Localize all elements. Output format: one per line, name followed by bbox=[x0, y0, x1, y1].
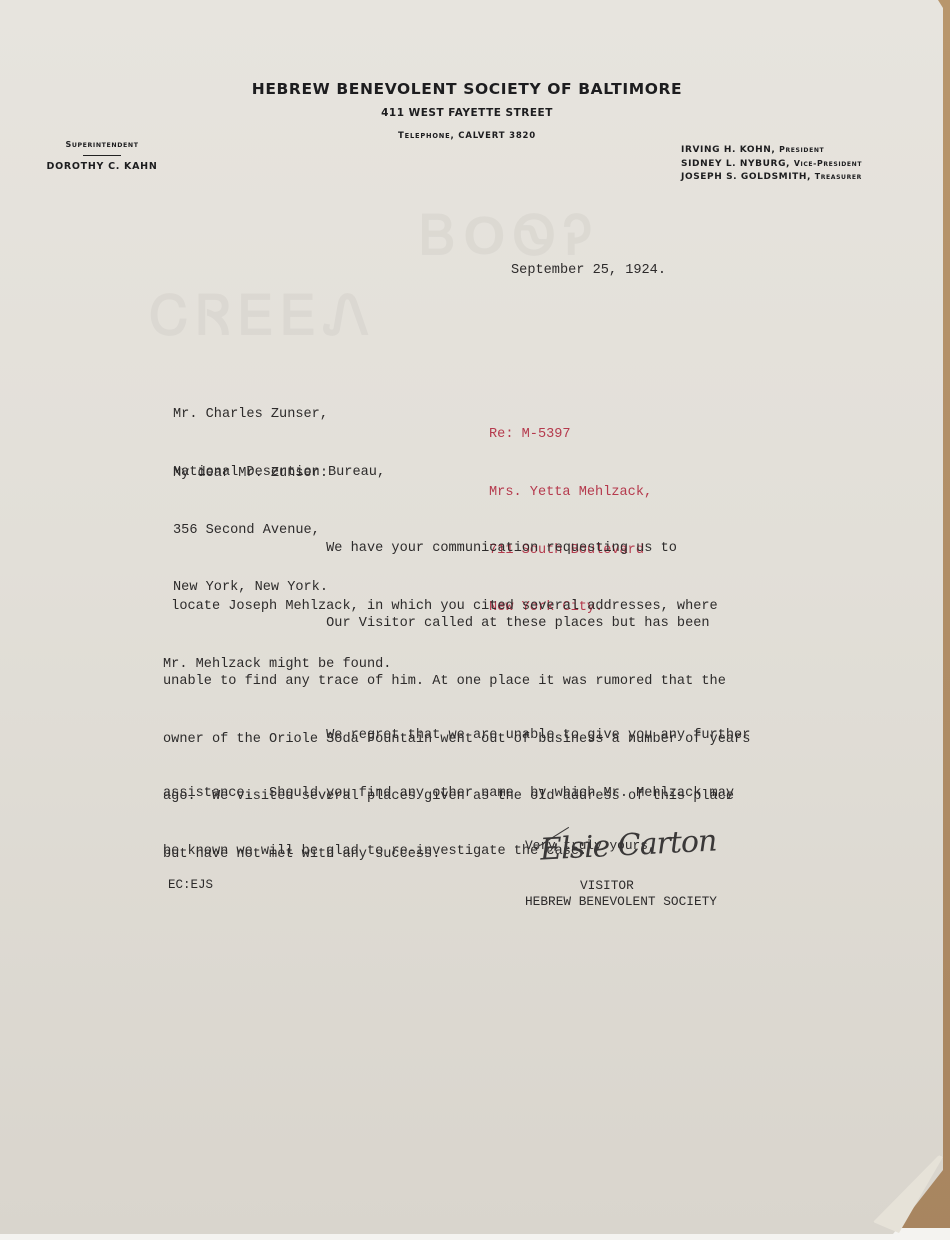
closing-block: Very truly yours, HEBREW BENEVOLENT SOCI… bbox=[525, 800, 717, 948]
telephone-text: TELEPHONE, CALVERT 3820 bbox=[398, 131, 536, 141]
superintendent-name: DOROTHY C. KAHN bbox=[42, 161, 162, 172]
recipient-line: Mr. Charles Zunser, bbox=[173, 405, 385, 424]
bleed-through-text: ᏟᏒᎬᎬᏁ bbox=[150, 285, 377, 348]
signatory-title: VISITOR bbox=[580, 876, 634, 895]
paragraph-line: Our Visitor called at these places but h… bbox=[163, 614, 750, 633]
officers-block: IRVING H. KOHN, PRESIDENT SIDNEY L. NYBU… bbox=[681, 144, 862, 185]
officer-name: JOSEPH S. GOLDSMITH, bbox=[681, 172, 811, 182]
bleed-through-text: ᏴOᏫᎮ bbox=[420, 205, 599, 268]
reference-initials: EC:EJS bbox=[168, 876, 213, 895]
officer-line: JOSEPH S. GOLDSMITH, TREASURER bbox=[681, 171, 862, 185]
salutation: My dear Mr. Zunser: bbox=[173, 464, 328, 483]
paragraph-line: We have your communication requesting us… bbox=[163, 539, 718, 558]
letter-page: ᏴOᏫᎮ ᏟᏒᎬᎬᏁ HEBREW BENEVOLENT SOCIETY OF … bbox=[0, 0, 943, 1234]
officer-name: SIDNEY L. NYBURG, bbox=[681, 159, 790, 169]
officer-line: SIDNEY L. NYBURG, VICE-PRESIDENT bbox=[681, 158, 862, 172]
officer-name: IRVING H. KOHN, bbox=[681, 145, 775, 155]
reference-line: Re: M-5397 bbox=[489, 425, 652, 444]
superintendent-role: SUPERINTENDENT bbox=[42, 140, 162, 149]
officer-line: IRVING H. KOHN, PRESIDENT bbox=[681, 144, 862, 158]
reference-line: Mrs. Yetta Mehlzack, bbox=[489, 483, 652, 502]
officer-title: PRESIDENT bbox=[779, 145, 824, 154]
organization-address: 411 WEST FAYETTE STREET bbox=[0, 107, 934, 119]
paragraph-line: We regret that we are unable to give you… bbox=[163, 726, 750, 745]
superintendent-block: SUPERINTENDENT DOROTHY C. KAHN bbox=[42, 140, 162, 172]
organization-name: HEBREW BENEVOLENT SOCIETY OF BALTIMORE bbox=[0, 80, 934, 98]
officer-title: TREASURER bbox=[815, 172, 862, 181]
divider bbox=[83, 155, 121, 156]
officer-title: VICE-PRESIDENT bbox=[794, 159, 862, 168]
letter-date: September 25, 1924. bbox=[511, 261, 666, 280]
signatory-organization: HEBREW BENEVOLENT SOCIETY bbox=[525, 893, 717, 912]
